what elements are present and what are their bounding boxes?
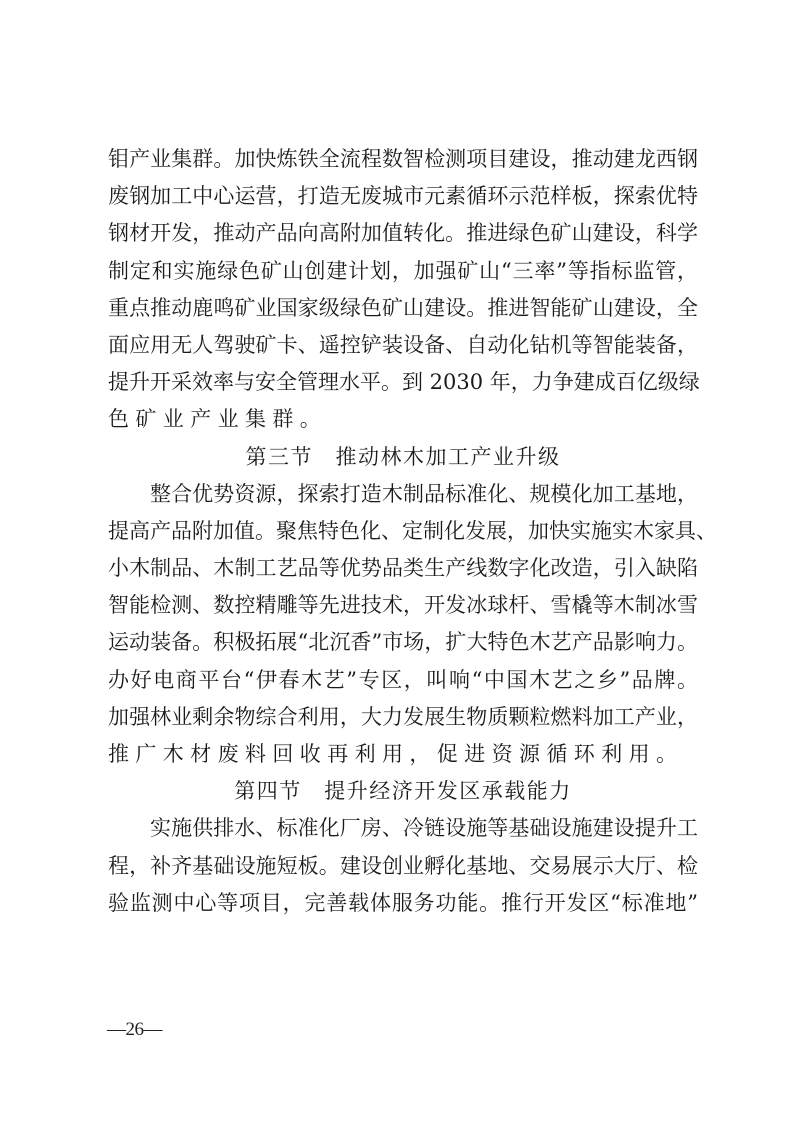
text-line: 提升开采效率与安全管理水平。到 2030 年，力争建成百亿级绿 xyxy=(108,364,698,401)
text-line: 废钢加工中心运营，打造无废城市元素循环示范样板，探索优特 xyxy=(108,178,698,215)
body-text: 钼产业集群。加快炼铁全流程数智检测项目建设，推动建龙西钢 废钢加工中心运营，打造… xyxy=(108,141,698,922)
page-number: —26— xyxy=(107,1019,162,1041)
paragraph-start-line: 实施供排水、标准化厂房、冷链设施等基础设施建设提升工 xyxy=(108,810,698,847)
text-line: 面应用无人驾驶矿卡、遥控铲装设备、自动化钻机等智能装备， xyxy=(108,327,698,364)
section-heading-3: 第三节 推动林木加工产业升级 xyxy=(108,439,698,476)
text-line: 加强林业剩余物综合利用，大力发展生物质颗粒燃料加工产业， xyxy=(108,699,698,736)
text-line: 程，补齐基础设施短板。建设创业孵化基地、交易展示大厅、检 xyxy=(108,848,698,885)
text-line: 制定和实施绿色矿山创建计划，加强矿山“三率”等指标监管， xyxy=(108,253,698,290)
text-line: 小木制品、木制工艺品等优势品类生产线数字化改造，引入缺陷 xyxy=(108,550,698,587)
text-line: 重点推动鹿鸣矿业国家级绿色矿山建设。推进智能矿山建设，全 xyxy=(108,290,698,327)
text-line: 验监测中心等项目，完善载体服务功能。推行开发区“标准地” xyxy=(108,885,698,922)
paragraph-start-line: 整合优势资源，探索打造木制品标准化、规模化加工基地， xyxy=(108,476,698,513)
section-heading-4: 第四节 提升经济开发区承载能力 xyxy=(108,773,698,810)
text-line: 色矿业产业集群。 xyxy=(108,401,698,438)
text-line: 钼产业集群。加快炼铁全流程数智检测项目建设，推动建龙西钢 xyxy=(108,141,698,178)
document-page: 钼产业集群。加快炼铁全流程数智检测项目建设，推动建龙西钢 废钢加工中心运营，打造… xyxy=(0,0,793,1122)
text-line: 推广木材废料回收再利用，促进资源循环利用。 xyxy=(108,736,698,773)
text-line: 运动装备。积极拓展“北沉香”市场，扩大特色木艺产品影响力。 xyxy=(108,624,698,661)
text-line: 智能检测、数控精雕等先进技术，开发冰球杆、雪橇等木制冰雪 xyxy=(108,587,698,624)
text-line: 钢材开发，推动产品向高附加值转化。推进绿色矿山建设，科学 xyxy=(108,215,698,252)
text-line: 提高产品附加值。聚焦特色化、定制化发展，加快实施实木家具、 xyxy=(108,513,698,550)
text-line: 办好电商平台“伊春木艺”专区，叫响“中国木艺之乡”品牌。 xyxy=(108,662,698,699)
